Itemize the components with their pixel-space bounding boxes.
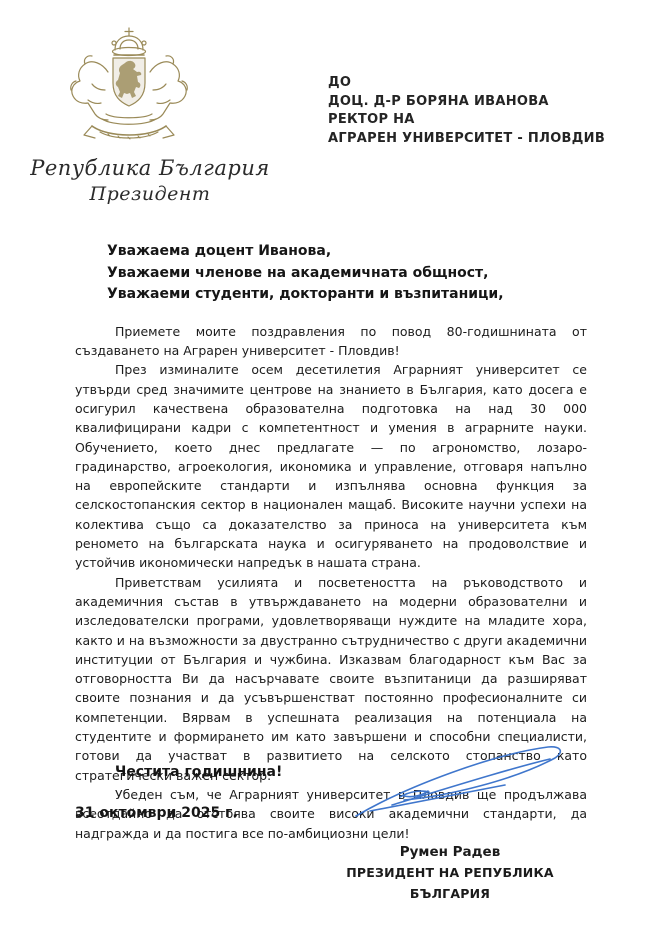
body-paragraph: Приемете моите поздравления по повод 80-… — [75, 322, 587, 361]
salutation-line: Уважаеми членове на академичната общност… — [107, 263, 587, 285]
salutation-line: Уважаема доцент Иванова, — [107, 241, 587, 263]
salutation-line: Уважаеми студенти, докторанти и възпитан… — [107, 284, 587, 306]
recipient-line: РЕКТОР НА — [328, 111, 605, 130]
letterhead-office: Президент — [24, 183, 276, 205]
body-paragraph: През изминалите осем десетилетия Аграрни… — [75, 360, 587, 572]
bulgarian-coat-of-arms-icon — [62, 26, 196, 154]
recipient-line: ДО — [328, 74, 605, 93]
signature-ink-icon — [352, 738, 568, 820]
signature-strokes — [356, 747, 560, 816]
recipient-line: ДОЦ. Д-Р БОРЯНА ИВАНОВА — [328, 93, 605, 112]
letter-page: Република България Президент ДО ДОЦ. Д-Р… — [0, 0, 659, 940]
signer-title: ПРЕЗИДЕНТ НА РЕПУБЛИКА БЪЛГАРИЯ — [310, 862, 590, 904]
salutation-block: Уважаема доцент Иванова, Уважаеми членов… — [107, 241, 587, 306]
closing-line: Честита годишнина! — [115, 764, 282, 780]
coat-of-arms-linework — [71, 28, 188, 139]
letterhead: Република България Президент — [24, 156, 276, 205]
recipient-block: ДО ДОЦ. Д-Р БОРЯНА ИВАНОВА РЕКТОР НА АГР… — [328, 74, 605, 148]
signer-block: Румен Радев ПРЕЗИДЕНТ НА РЕПУБЛИКА БЪЛГА… — [310, 842, 590, 904]
recipient-line: АГРАРЕН УНИВЕРСИТЕТ - ПЛОВДИВ — [328, 130, 605, 149]
letterhead-country: Република България — [24, 156, 276, 180]
date-line: 31 октомври 2025 г. — [75, 805, 238, 821]
signer-name: Румен Радев — [310, 842, 590, 862]
